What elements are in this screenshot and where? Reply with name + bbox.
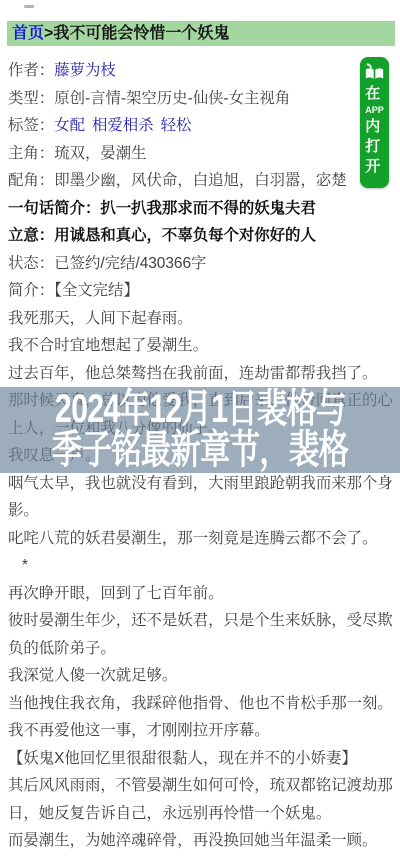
story-line: 过去百年，他总桀骜挡在我前面，连劫雷都帮我挡了。	[8, 360, 392, 388]
breadcrumb-separator: >	[44, 25, 53, 42]
story-line: 我死那天，人间下起春雨。	[8, 305, 392, 333]
meta-link[interactable]: 女配	[54, 117, 85, 134]
meta-value: 【全文完结】	[54, 282, 139, 299]
meta-row: 立意：用诚恳和真心，不辜负每个对你好的人	[8, 222, 392, 250]
meta-value: 即墨少幽，风伏命，白追旭，白羽嚣，宓楚	[54, 172, 346, 189]
meta-row: 简介：【全文完结】	[8, 277, 392, 305]
story-line: 日，她反复告诉自己，永远别再怜惜一个妖鬼。	[8, 800, 392, 828]
story-line: *	[8, 552, 392, 580]
meta-value: 用诚恳和真心，不辜负每个对你好的人	[54, 227, 316, 244]
meta-row: 状态：已签约/完结/430366字	[8, 250, 392, 278]
story-line: 那时候天真，总以为他爱我，直到后来，他带回真正的心	[8, 387, 392, 415]
meta-value: 琉双，晏潮生	[54, 145, 146, 162]
open-in-app-char: 开	[365, 157, 384, 177]
story-line: 我不再爱他这一事，才刚刚拉开序幕。	[8, 717, 392, 745]
meta-row: 标签：女配相爱相杀轻松	[8, 112, 392, 140]
story-line: 彼时晏潮生年少，还不是妖君，只是个生来妖脉，受尽欺	[8, 607, 392, 635]
meta-label: 简介：	[8, 282, 54, 299]
meta-label: 主角：	[8, 145, 54, 162]
story-line: 负的低阶弟子。	[8, 635, 392, 663]
meta-value: 扒一扒我那求而不得的妖鬼夫君	[100, 200, 315, 217]
story-line: 我不合时宜地想起了晏潮生。	[8, 332, 392, 360]
story-line: 叱咤八荒的妖君晏潮生，那一刻竟是连腾云都不会了。	[8, 525, 392, 553]
open-in-app-label: 在APP内打开	[365, 84, 384, 177]
book-title: 我不可能会怜惜一个妖鬼	[53, 25, 229, 42]
story-line: 而晏潮生，为她淬魂碎骨，再没换回她当年温柔一顾。	[8, 827, 392, 855]
statusbar-artifact	[24, 5, 34, 8]
open-in-app-char: APP	[365, 104, 384, 117]
meta-value: 原创-言情-架空历史-仙侠-女主视角	[54, 90, 290, 107]
jjwxc-logo-icon	[364, 63, 385, 82]
story-line: 咽气太早，我也就没有看到，大雨里踉跄朝我而来那个身	[8, 470, 392, 498]
meta-label: 作者：	[8, 62, 54, 79]
meta-link[interactable]: 相爱相杀	[92, 117, 154, 134]
meta-value: 已签约/完结/430366字	[54, 255, 206, 272]
meta-row: 一句话简介：扒一扒我那求而不得的妖鬼夫君	[8, 195, 392, 223]
open-in-app-char: 在	[365, 84, 384, 104]
meta-link[interactable]: 藤萝为枝	[54, 62, 116, 79]
story-line: 【妖鬼X他回忆里很甜很黏人，现在并不的小娇妻】	[8, 745, 392, 773]
meta-label: 类型：	[8, 90, 54, 107]
meta-label: 一句话简介：	[8, 200, 100, 217]
meta-label: 配角：	[8, 172, 54, 189]
book-summary-text: 我死那天，人间下起春雨。我不合时宜地想起了晏潮生。过去百年，他总桀骜挡在我前面，…	[8, 305, 392, 855]
story-line: 我叹息一声。	[8, 442, 392, 470]
meta-row: 作者：藤萝为枝	[8, 57, 392, 85]
meta-link[interactable]: 轻松	[161, 117, 192, 134]
breadcrumb-home-link[interactable]: 首页	[12, 25, 44, 42]
open-in-app-char: 打	[365, 137, 384, 157]
story-line: 再次睁开眼，回到了七百年前。	[8, 580, 392, 608]
open-in-app-button[interactable]: 在APP内打开	[360, 57, 389, 188]
meta-label: 标签：	[8, 117, 54, 134]
story-line: 其后风风雨雨，不管晏潮生如何可怜，琉双都铭记渡劫那	[8, 772, 392, 800]
story-line: 影。	[8, 497, 392, 525]
story-line: 上人，一位和我八分像的仙子。	[8, 415, 392, 443]
status-bar	[0, 0, 400, 21]
meta-label: 状态：	[8, 255, 54, 272]
book-detail-content: 作者：藤萝为枝类型：原创-言情-架空历史-仙侠-女主视角标签：女配相爱相杀轻松主…	[0, 46, 400, 855]
breadcrumb: 首页>我不可能会怜惜一个妖鬼	[7, 21, 395, 46]
story-line: 我深觉人傻一次就足够。	[8, 662, 392, 690]
meta-label: 立意：	[8, 227, 54, 244]
story-line: 当他拽住我衣角，我踩碎他指骨、他也不肯松手那一刻。	[8, 690, 392, 718]
open-in-app-char: 内	[365, 117, 384, 137]
meta-row: 配角：即墨少幽，风伏命，白追旭，白羽嚣，宓楚	[8, 167, 392, 195]
meta-row: 类型：原创-言情-架空历史-仙侠-女主视角	[8, 85, 392, 113]
book-meta-list: 作者：藤萝为枝类型：原创-言情-架空历史-仙侠-女主视角标签：女配相爱相杀轻松主…	[8, 57, 392, 305]
meta-row: 主角：琉双，晏潮生	[8, 140, 392, 168]
